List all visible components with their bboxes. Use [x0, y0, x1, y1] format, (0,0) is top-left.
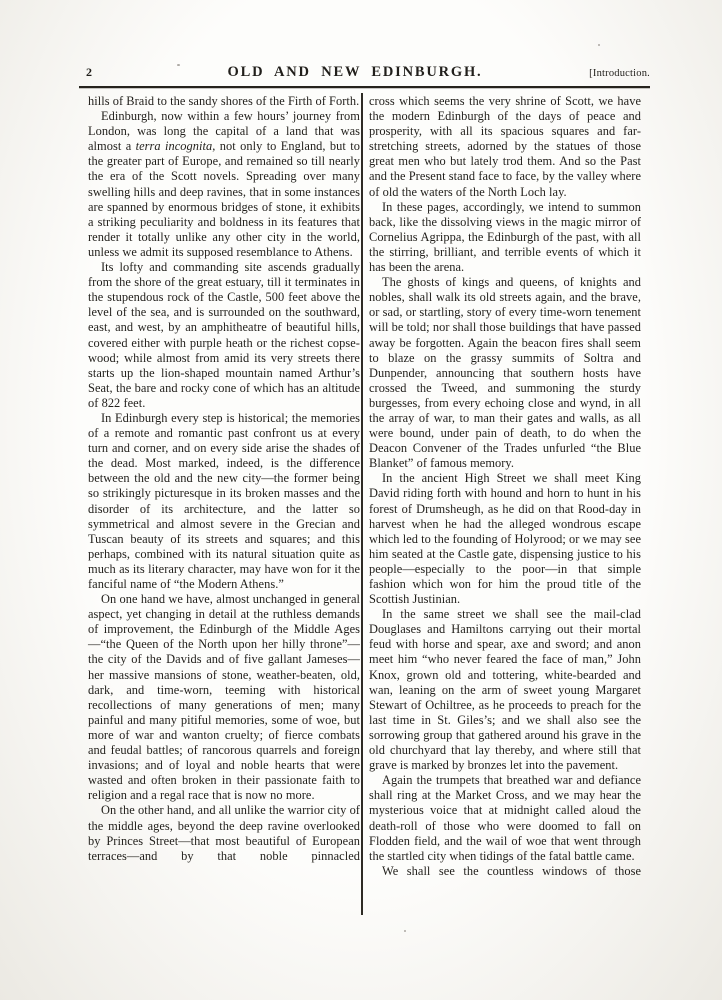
paragraph: cross which seems the very shrine of Sco…: [369, 94, 641, 200]
italic-phrase: terra incognita: [136, 139, 213, 153]
text-run: Again the trumpets that breathed war and…: [369, 773, 641, 862]
book-page: 2 OLD AND NEW EDINBURGH. [Introduction. …: [0, 0, 722, 1000]
text-run: The ghosts of kings and queens, of knigh…: [369, 275, 641, 470]
paragraph: Edinburgh, now within a few hours’ journ…: [88, 109, 360, 260]
paragraph: On the other hand, and all unlike the wa…: [88, 803, 360, 863]
right-column: cross which seems the very shrine of Sco…: [369, 94, 641, 879]
paragraph: Its lofty and commanding site ascends gr…: [88, 260, 360, 411]
paragraph: In the ancient High Street we shall meet…: [369, 471, 641, 607]
header-rule: [79, 86, 650, 88]
text-run: In the same street we shall see the mail…: [369, 607, 641, 772]
scan-speck: [598, 44, 600, 46]
text-run: In these pages, accordingly, we intend t…: [369, 200, 641, 274]
paragraph: The ghosts of kings and queens, of knigh…: [369, 275, 641, 471]
text-run: On one hand we have, almost unchanged in…: [88, 592, 360, 802]
text-run: Its lofty and commanding site ascends gr…: [88, 260, 360, 410]
text-run: In Edinburgh every step is historical; t…: [88, 411, 360, 591]
text-run: hills of Braid to the sandy shores of th…: [88, 94, 359, 108]
text-run: We shall see the countless windows of th…: [382, 864, 641, 878]
scan-speck: [177, 64, 180, 66]
paragraph: We shall see the countless windows of th…: [369, 864, 641, 879]
paragraph: In the same street we shall see the mail…: [369, 607, 641, 773]
paragraph: In these pages, accordingly, we intend t…: [369, 200, 641, 275]
running-title: OLD AND NEW EDINBURGH.: [146, 64, 564, 81]
left-column: hills of Braid to the sandy shores of th…: [88, 94, 360, 864]
section-label: [Introduction.: [564, 68, 650, 79]
text-run: In the ancient High Street we shall meet…: [369, 471, 641, 606]
paragraph: In Edinburgh every step is historical; t…: [88, 411, 360, 592]
text-run: cross which seems the very shrine of Sco…: [369, 94, 641, 199]
paragraph: On one hand we have, almost unchanged in…: [88, 592, 360, 803]
paragraph: hills of Braid to the sandy shores of th…: [88, 94, 360, 109]
text-run: On the other hand, and all unlike the wa…: [88, 803, 360, 862]
column-divider-rule: [361, 93, 363, 915]
page-header: 2 OLD AND NEW EDINBURGH. [Introduction.: [86, 64, 650, 81]
page-number: 2: [86, 65, 146, 80]
paragraph: Again the trumpets that breathed war and…: [369, 773, 641, 864]
scan-speck: [404, 930, 406, 932]
text-run: , not only to England, but to the greate…: [88, 139, 360, 259]
